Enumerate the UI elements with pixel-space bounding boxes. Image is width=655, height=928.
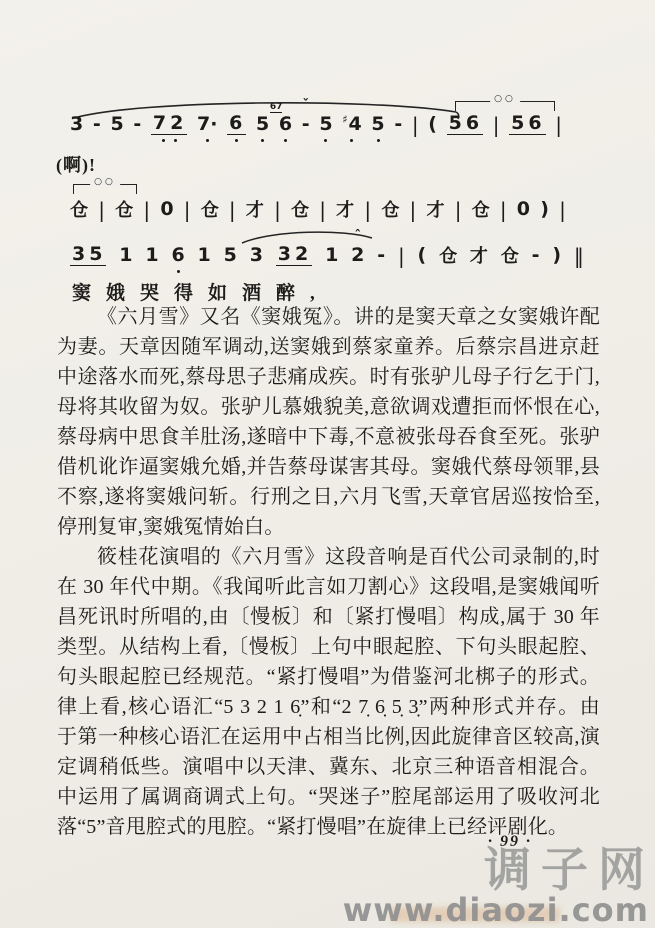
music-note: 5: [256, 113, 269, 143]
aside-exclamation: (啊)!: [56, 151, 96, 177]
music-note: 6: [171, 244, 184, 274]
music-note: 仓: [70, 199, 88, 228]
music-note: 3: [250, 244, 263, 274]
repeat-circles: ○○: [90, 178, 120, 187]
music-note: -: [133, 113, 141, 143]
barline: |: [184, 198, 191, 228]
ornament-mark: ˇ: [302, 99, 309, 112]
music-note: 7·: [197, 113, 217, 143]
music-note: 1: [119, 244, 132, 274]
text-line: 蔡母病中思食羊肚汤,遂暗中下毒,不意被张母吞食至死。张驴儿: [57, 422, 600, 452]
barline: |: [455, 198, 462, 228]
repeat-bracket-2: ○○: [73, 184, 137, 194]
music-note: ): [552, 244, 561, 274]
music-note: 仓: [439, 245, 457, 274]
octave-dots: [171, 270, 184, 273]
text-line: 筱桂花演唱的《六月雪》这段音响是百代公司录制的,时间约: [57, 542, 600, 572]
barline: |: [143, 198, 150, 228]
music-note: 0: [160, 198, 173, 228]
book-page: ○○ 3-5-727·65667-ˇ5♯45-|(56|56| (啊)! ○○ …: [0, 0, 655, 928]
music-note: (: [428, 113, 437, 143]
octave-dots: [319, 139, 332, 142]
music-note: 56: [447, 112, 483, 143]
music-note: 6: [227, 112, 246, 143]
music-note: 667: [279, 113, 292, 143]
octave-dots: [256, 139, 269, 142]
barline: |: [559, 198, 566, 228]
sharp-icon: ♯: [342, 113, 347, 126]
music-note: 5: [224, 244, 237, 274]
music-note: 0: [517, 198, 530, 228]
text-line: 在 30 年代中期。《我闻听此言如刀割心》这段唱,是窦娥闻听蔡宗: [57, 572, 600, 602]
music-note: ♯4: [342, 112, 362, 143]
text-line: 类型。从结构上看,〔慢板〕上句中眼起腔、下句头眼起腔、过门后上: [57, 632, 600, 662]
ornament-mark: ˆ: [355, 230, 362, 243]
text-line: 为妻。天章因随军调动,送窦娥到蔡家童养。后蔡宗昌进京赶考,: [57, 332, 600, 362]
music-note: 35: [70, 243, 106, 274]
music-note: -ˇ: [302, 113, 310, 143]
music-note: -: [93, 113, 101, 143]
barline: |: [274, 198, 281, 228]
music-note: 才: [336, 199, 354, 228]
double-barline: ‖: [574, 244, 584, 274]
music-note: 才: [246, 199, 264, 228]
barline: |: [319, 198, 326, 228]
music-note: 才: [470, 245, 488, 274]
watermark-site-name: 调子网: [343, 847, 655, 894]
music-note: 5: [371, 113, 384, 143]
octave-dots: [279, 139, 292, 142]
barline: |: [364, 198, 371, 228]
music-note: 仓: [501, 245, 519, 274]
octave-dots: [151, 139, 187, 142]
text-line: 定调稍低些。演唱中以天津、冀东、北京三种语音相混合。〔慢板〕: [57, 752, 600, 782]
lyrics-line: 窦娥哭得如酒醉,: [72, 278, 330, 305]
music-note: -: [532, 244, 540, 274]
music-note: 56: [509, 112, 545, 143]
music-note: -: [394, 113, 402, 143]
text-line: 中运用了属调商调式上句。“哭迷子”腔尾部运用了吸收河北梆子: [57, 782, 600, 812]
music-note: 1: [325, 244, 338, 274]
music-note: -: [377, 244, 385, 274]
barline: |: [500, 198, 507, 228]
music-note: 仓: [472, 199, 490, 228]
octave-dots: [197, 139, 217, 142]
music-note: 3: [70, 113, 83, 143]
barline: |: [493, 113, 500, 143]
octave-dots: [371, 139, 384, 142]
music-note: 才: [426, 199, 444, 228]
text-line: 律上看,核心语汇“5 3 2 1 6̣”和“2 7̣ 6̣ 5̣ 3̣”两种形式…: [57, 692, 600, 722]
music-note: 仓: [115, 199, 133, 228]
text-line: 不察,遂将窦娥问斩。行刑之日,六月飞雪,天章官居巡按恰至,令: [57, 482, 600, 512]
music-note: 2ˆ: [351, 244, 364, 274]
text-line: 《六月雪》又名《窦娥冤》。讲的是窦天章之女窦娥许配蔡宗昌: [57, 302, 600, 332]
grace-notes: 67: [270, 103, 283, 113]
watermark: 调子网 www.diaozi.com: [343, 847, 649, 928]
barline: |: [229, 198, 236, 228]
text-line: 于第一种核心语汇在运用中占相当比例,因此旋律音区较高,演唱: [57, 722, 600, 752]
barline: |: [98, 198, 105, 228]
music-note: 仓: [381, 199, 399, 228]
barline: |: [555, 113, 562, 143]
text-line: 句头眼起腔已经规范。“紧打慢唱”为借鉴河北梆子的形式。从旋: [57, 662, 600, 692]
music-note: 仓: [201, 199, 219, 228]
music-note: 仓: [291, 199, 309, 228]
text-line: 停刑复审,窦娥冤情始白。: [57, 512, 600, 542]
melody-line-2: 351161533212ˆ-|(仓才仓-)‖: [70, 243, 584, 274]
melody-line-1: 3-5-727·65667-ˇ5♯45-|(56|56|: [70, 112, 562, 143]
watermark-url: www.diaozi.com: [343, 894, 649, 928]
music-note: 72: [151, 112, 187, 143]
percussion-line: 仓|仓|0|仓|才|仓|才|仓|才|仓|0)|: [70, 198, 566, 228]
text-line: 昌死讯时所唱的,由〔慢板〕和〔紧打慢唱〕构成,属于 30 年代初期: [57, 602, 600, 632]
music-note: 32: [276, 243, 312, 274]
repeat-bracket-1: ○○: [455, 101, 555, 111]
music-note: 1: [145, 244, 158, 274]
text-line: 借机讹诈逼窦娥允婚,并告蔡母谋害其母。窦娥代蔡母领罪,县令: [57, 452, 600, 482]
music-note: 1: [198, 244, 211, 274]
barline: |: [410, 198, 417, 228]
music-note: ): [540, 198, 549, 228]
body-text: 《六月雪》又名《窦娥冤》。讲的是窦天章之女窦娥许配蔡宗昌为妻。天章因随军调动,送…: [57, 302, 600, 842]
music-note: 5: [110, 113, 123, 143]
music-note: (: [418, 244, 427, 274]
text-line: 母将其收留为奴。张驴儿慕娥貌美,意欲调戏遭拒而怀恨在心,趁: [57, 392, 600, 422]
octave-dots: [342, 139, 362, 142]
barline: |: [398, 244, 405, 274]
octave-dots: [227, 139, 246, 142]
barline: |: [412, 113, 419, 143]
text-line: 中途落水而死,蔡母思子悲痛成疾。时有张驴儿母子行乞于门,蔡: [57, 362, 600, 392]
repeat-circles: ○○: [490, 95, 520, 104]
music-note: 5: [319, 113, 332, 143]
